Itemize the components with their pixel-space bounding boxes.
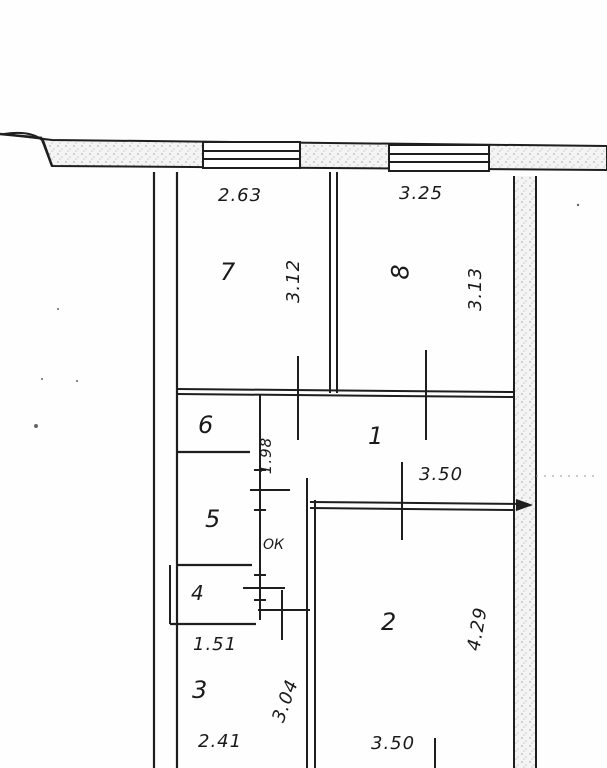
wall-right [514,176,536,768]
room-1-width: 3.50 [419,466,463,484]
room-7-number: 7 [220,260,235,284]
exterior-wall-top [0,133,607,170]
corridor-dimension: 1.98 [259,437,274,474]
room-2-width: 3.50 [371,735,415,753]
room-1-number: 1 [368,424,383,448]
wall-4-right-detail [258,590,310,640]
wall-room-2-top [310,500,530,510]
room-5-number: 5 [205,507,220,531]
room-7-width: 2.63 [218,187,262,205]
vent-label: ОК [263,538,284,552]
room-2-number: 2 [381,610,396,634]
room-7-length: 3.12 [285,259,303,303]
room-3-width: 2.41 [198,733,242,751]
wall-7-8 [330,172,337,393]
floor-plan-drawing [0,0,607,768]
wall-rooms-7-8-bottom [177,389,514,397]
wall-3-2 [307,478,315,768]
room-6-number: 6 [198,413,213,437]
window-left [203,142,300,168]
floor-plan-canvas: 2.63 7 3.12 3.25 8 3.13 6 1.98 1 3.50 5 … [0,0,607,768]
wall-corridor-left [243,395,290,620]
room-8-width: 3.25 [399,185,443,203]
door-marks [298,350,426,540]
room-4-number: 4 [191,583,204,603]
room-8-number: 8 [389,264,413,279]
window-right [389,145,489,171]
wall-left [154,172,177,768]
room-3-top-dimension: 1.51 [193,636,237,654]
room-3-number: 3 [192,678,207,702]
room-8-length: 3.13 [467,267,485,311]
